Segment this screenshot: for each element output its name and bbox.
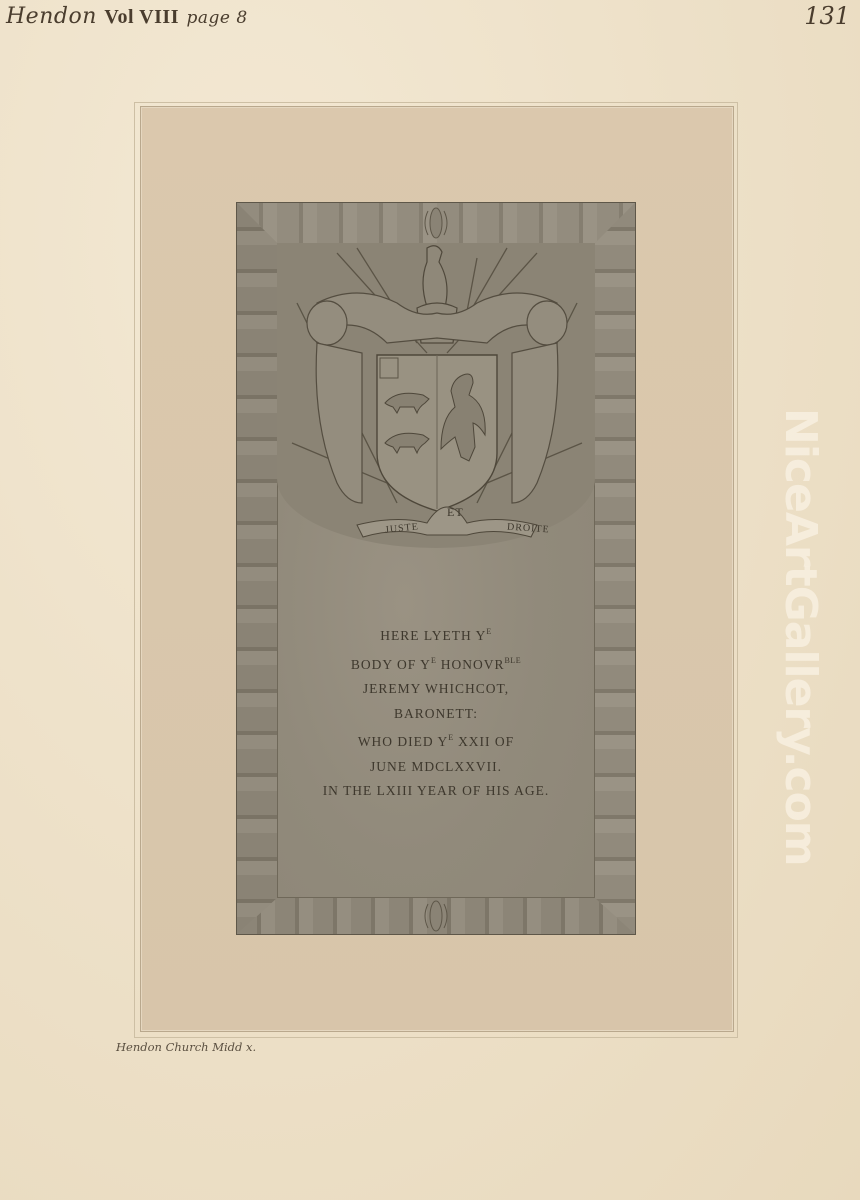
arms-trophy-icon xyxy=(277,243,595,553)
coat-of-arms: JUSTE ET DROITE xyxy=(277,243,595,553)
inscription-line-3: Jeremy Whichcot, xyxy=(237,677,635,702)
memorial-slab: JUSTE ET DROITE xyxy=(237,203,635,934)
inscription-line-4: Baronett: xyxy=(237,702,635,727)
inscription-line-6: June MDCLXXVII. xyxy=(237,755,635,780)
annotation-place: Hendon xyxy=(6,4,97,29)
plate-caption: Hendon Church Midd x. xyxy=(116,1040,256,1054)
rosette-icon xyxy=(418,898,454,934)
motto-word-et: ET xyxy=(447,505,464,520)
epitaph-inscription: Here lyeth ye Body of ye Honovrble Jerem… xyxy=(237,620,635,804)
handwritten-volume-note: Hendon Vol VIII page 8 xyxy=(6,4,248,29)
inscription-line-5: Who died ye XXII of xyxy=(237,726,635,755)
shield-icon xyxy=(377,355,497,511)
frame-right-foliage xyxy=(595,203,635,934)
inscription-line-1: Here lyeth ye xyxy=(237,620,635,649)
inscription-line-7: In the LXIII year of his age. xyxy=(237,779,635,804)
inscription-line-2: Body of ye Honovrble xyxy=(237,649,635,678)
handwritten-folio-number: 131 xyxy=(804,2,850,30)
annotation-page: page 8 xyxy=(186,8,247,28)
watermark-text: NiceArtGallery.com xyxy=(772,408,828,793)
frame-left-foliage xyxy=(237,203,277,934)
rosette-icon xyxy=(418,205,454,241)
annotation-volume: Vol VIII xyxy=(104,6,179,28)
